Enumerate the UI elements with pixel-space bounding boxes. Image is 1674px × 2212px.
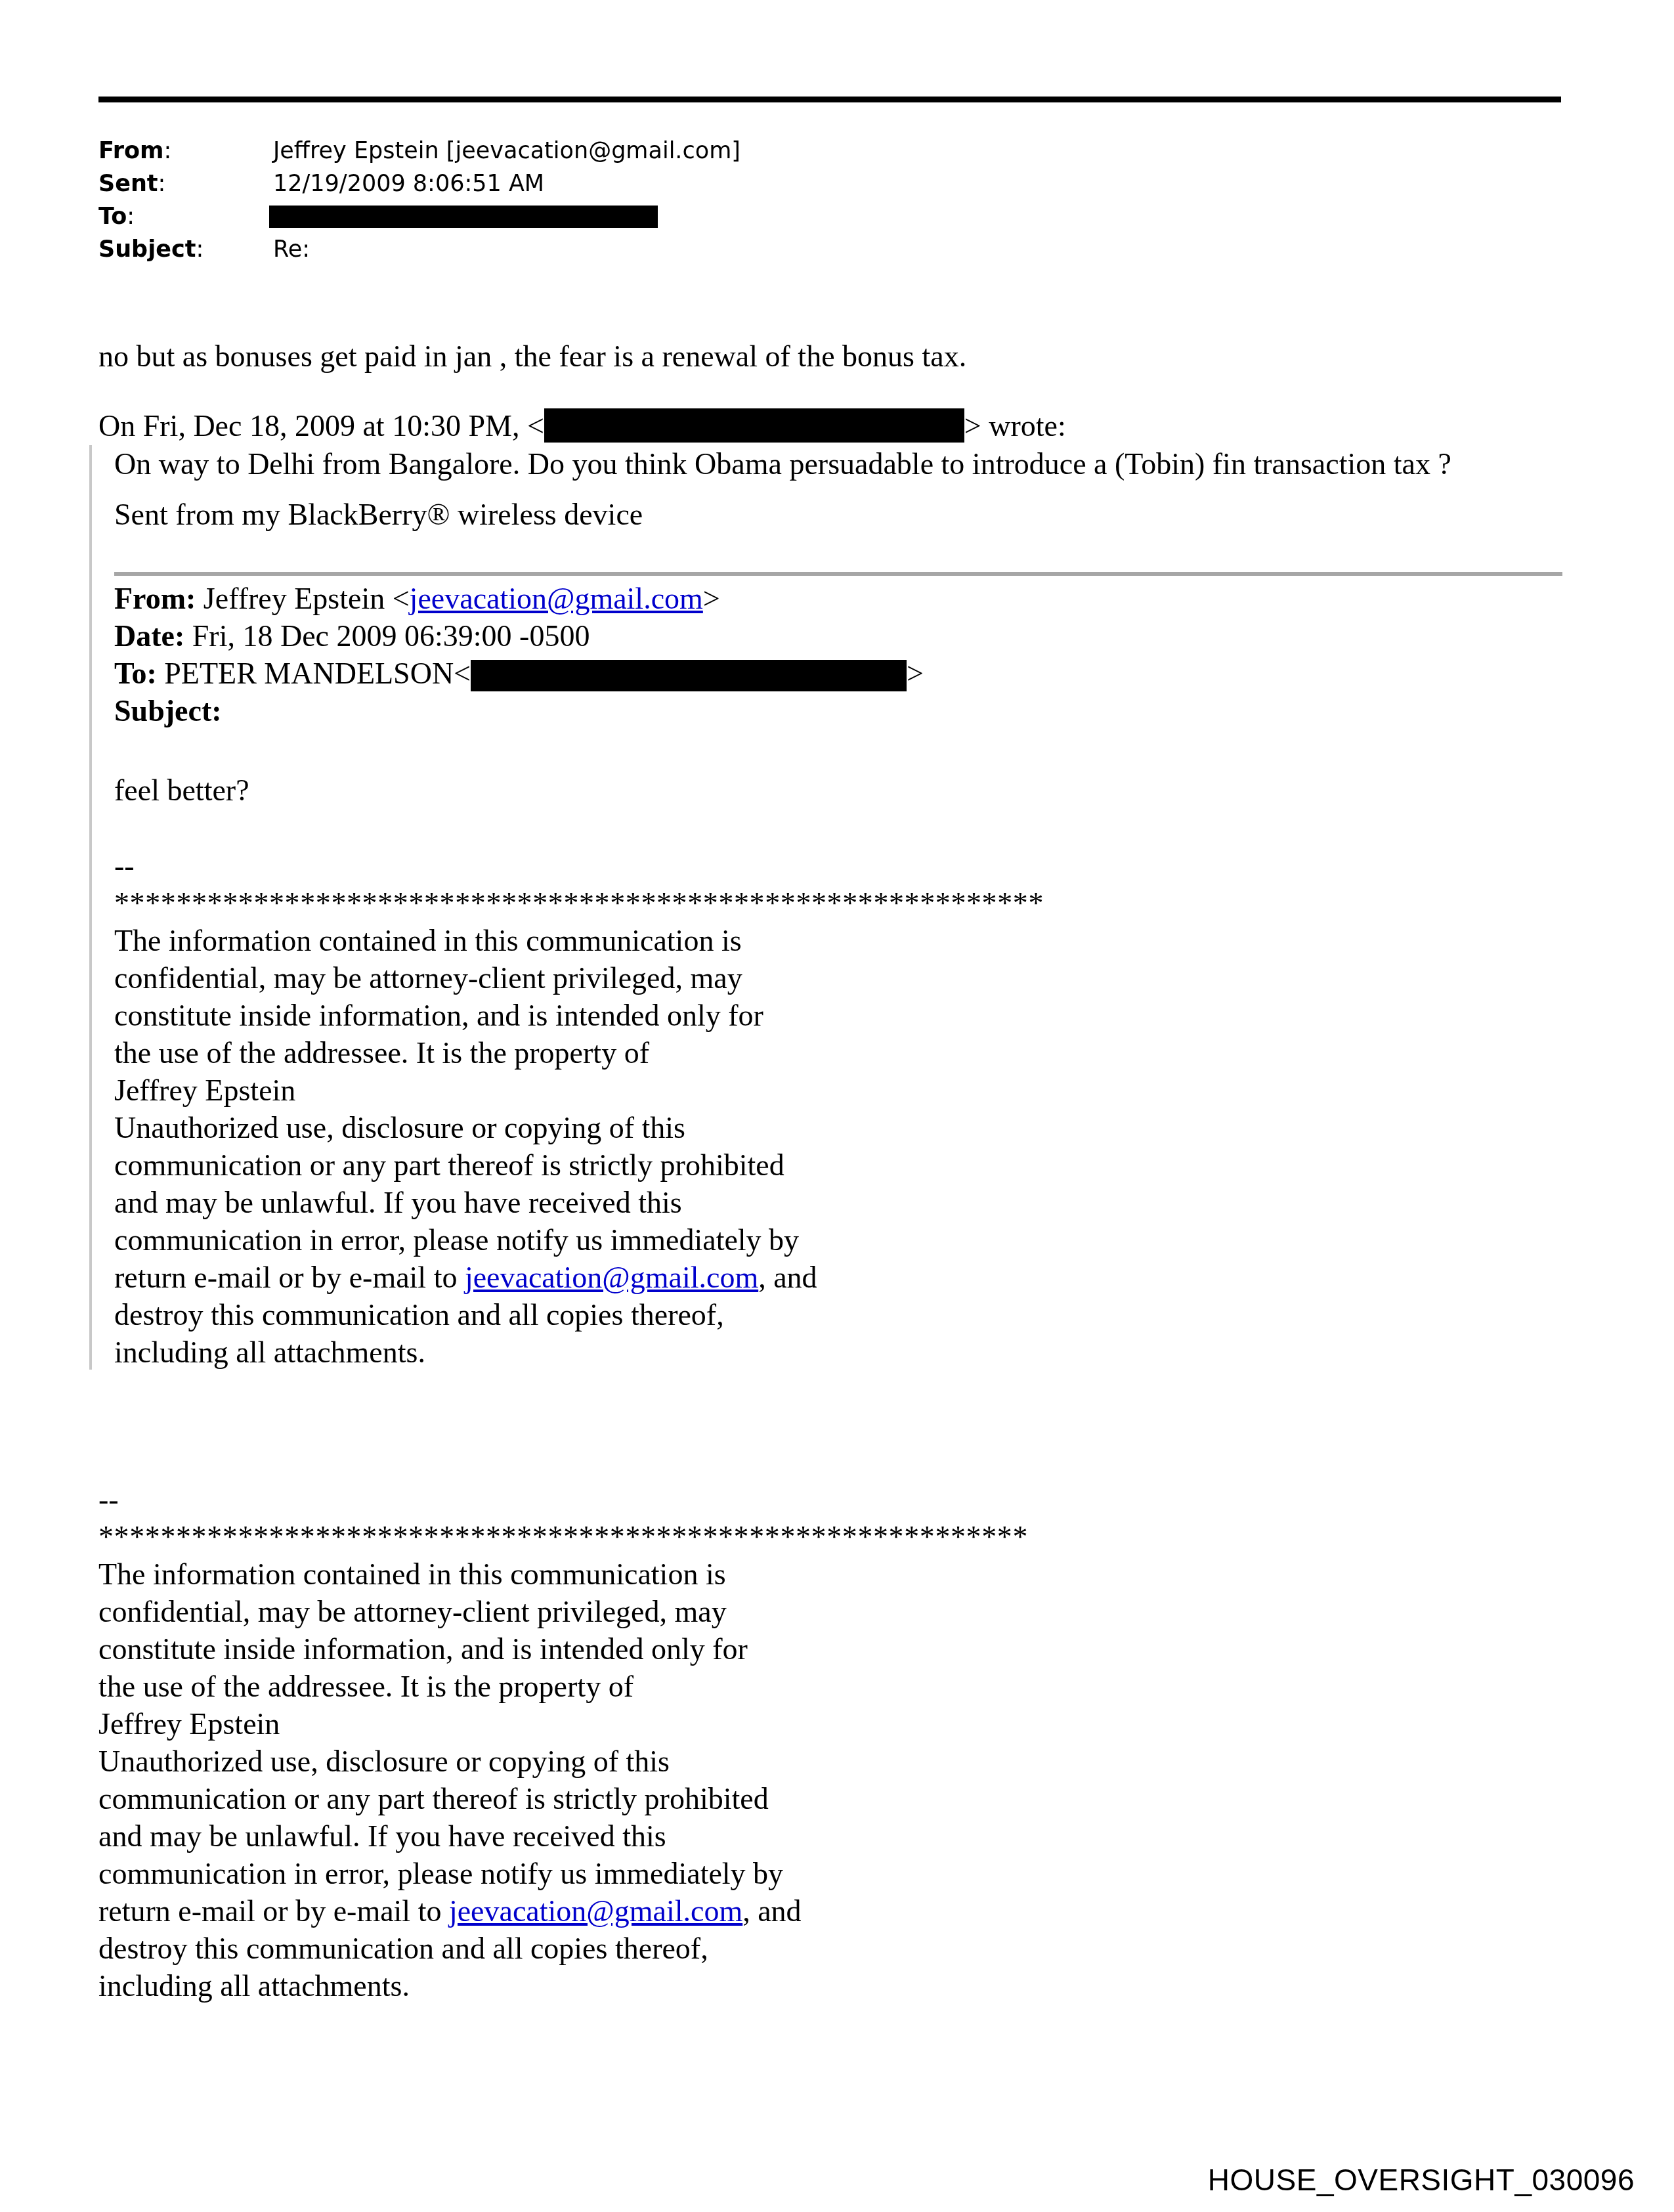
disclaimer-line: the use of the addressee. It is the prop… (98, 1668, 1028, 1705)
disclaimer-line: including all attachments. (114, 1334, 1044, 1371)
header-subject-value: Re: (273, 233, 310, 266)
disclaimer-line: destroy this communication and all copie… (98, 1930, 1028, 1967)
disclaimer-email-line: return e-mail or by e-mail to jeevacatio… (114, 1259, 1044, 1296)
disclaimer-line: and may be unlawful. If you have receive… (114, 1184, 1044, 1221)
original-to-redaction (471, 660, 907, 691)
quoted-text: On way to Delhi from Bangalore. Do you t… (114, 445, 1558, 533)
disclaimer-line: Jeffrey Epstein (98, 1705, 1028, 1743)
original-subject-row: Subject: (114, 692, 924, 729)
original-from-name: Jeffrey Epstein < (204, 582, 410, 615)
disclaimer-line: Unauthorized use, disclosure or copying … (98, 1743, 1028, 1780)
header-subject-row: Subject: Re: (98, 233, 740, 266)
original-date-row: Date: Fri, 18 Dec 2009 06:39:00 -0500 (114, 617, 924, 655)
disclaimer-line: communication or any part thereof is str… (98, 1780, 1028, 1817)
header-sent-label: Sent: (98, 167, 273, 200)
disclaimer-line: communication in error, please notify us… (98, 1855, 1028, 1892)
disclaimer-line: confidential, may be attorney-client pri… (114, 959, 1044, 997)
header-sent-value: 12/19/2009 8:06:51 AM (273, 167, 544, 200)
disclaimer-email-line: return e-mail or by e-mail to jeevacatio… (98, 1892, 1028, 1930)
disclaimer-stars: ****************************************… (114, 884, 1044, 922)
disclaimer-line: communication in error, please notify us… (114, 1221, 1044, 1259)
header-to-redaction (269, 206, 658, 228)
original-date-value: Fri, 18 Dec 2009 06:39:00 -0500 (192, 619, 590, 653)
outer-disclaimer: -- *************************************… (98, 1481, 1028, 2005)
quoted-message: On way to Delhi from Bangalore. Do you t… (89, 445, 1562, 1370)
original-from-row: From: Jeffrey Epstein <jeevacation@gmail… (114, 580, 924, 617)
disclaimer-separator: -- (98, 1481, 1028, 1518)
disclaimer-email-link[interactable]: jeevacation@gmail.com (449, 1894, 742, 1928)
attribution-suffix: > wrote: (964, 409, 1066, 443)
original-to-close: > (907, 657, 924, 690)
disclaimer-line: Unauthorized use, disclosure or copying … (114, 1109, 1044, 1146)
attribution-prefix: On Fri, Dec 18, 2009 at 10:30 PM, < (98, 409, 544, 443)
original-date-label: Date: (114, 619, 184, 653)
disclaimer-email-link[interactable]: jeevacation@gmail.com (465, 1261, 758, 1294)
disclaimer-stars: ****************************************… (98, 1518, 1028, 1555)
disclaimer-line: constitute inside information, and is in… (98, 1630, 1028, 1668)
original-subject-label: Subject: (114, 694, 222, 727)
disclaimer-line: The information contained in this commun… (114, 922, 1044, 959)
original-body: feel better? (114, 771, 249, 809)
original-to-label: To: (114, 657, 157, 690)
header-from-row: From: Jeffrey Epstein [jeevacation@gmail… (98, 135, 740, 167)
quoted-signature: Sent from my BlackBerry® wireless device (114, 496, 1558, 533)
disclaimer-line: communication or any part thereof is str… (114, 1146, 1044, 1184)
quoted-disclaimer: -- *************************************… (114, 847, 1044, 1371)
email-header: From: Jeffrey Epstein [jeevacation@gmail… (98, 135, 740, 266)
disclaimer-line: including all attachments. (98, 1967, 1028, 2005)
disclaimer-line: confidential, may be attorney-client pri… (98, 1593, 1028, 1630)
reply-attribution: On Fri, Dec 18, 2009 at 10:30 PM, <> wro… (98, 407, 1066, 445)
disclaimer-line: and may be unlawful. If you have receive… (98, 1817, 1028, 1855)
original-to-row: To: PETER MANDELSON<> (114, 655, 924, 692)
original-header: From: Jeffrey Epstein <jeevacation@gmail… (114, 580, 924, 729)
disclaimer-separator: -- (114, 847, 1044, 884)
disclaimer-line: Jeffrey Epstein (114, 1072, 1044, 1109)
header-from-label: From: (98, 135, 273, 167)
original-from-label: From: (114, 582, 196, 615)
disclaimer-line: The information contained in this commun… (98, 1555, 1028, 1593)
original-from-close: > (703, 582, 720, 615)
original-to-value: PETER MANDELSON< (164, 657, 471, 690)
disclaimer-line: the use of the addressee. It is the prop… (114, 1034, 1044, 1072)
header-to-row: To: (98, 200, 740, 233)
quoted-body: On way to Delhi from Bangalore. Do you t… (114, 445, 1558, 483)
reply-body: no but as bonuses get paid in jan , the … (98, 337, 966, 375)
header-subject-label: Subject: (98, 233, 273, 266)
header-sent-row: Sent: 12/19/2009 8:06:51 AM (98, 167, 740, 200)
top-rule (98, 97, 1561, 102)
header-to-label: To: (98, 200, 273, 233)
disclaimer-line: destroy this communication and all copie… (114, 1296, 1044, 1334)
header-from-value: Jeffrey Epstein [jeevacation@gmail.com] (273, 135, 740, 167)
quoted-divider (114, 572, 1562, 576)
original-from-email-link[interactable]: jeevacation@gmail.com (410, 582, 703, 615)
disclaimer-line: constitute inside information, and is in… (114, 997, 1044, 1034)
bates-number: HOUSE_OVERSIGHT_030096 (1208, 2162, 1635, 2198)
attribution-redaction (544, 408, 964, 443)
